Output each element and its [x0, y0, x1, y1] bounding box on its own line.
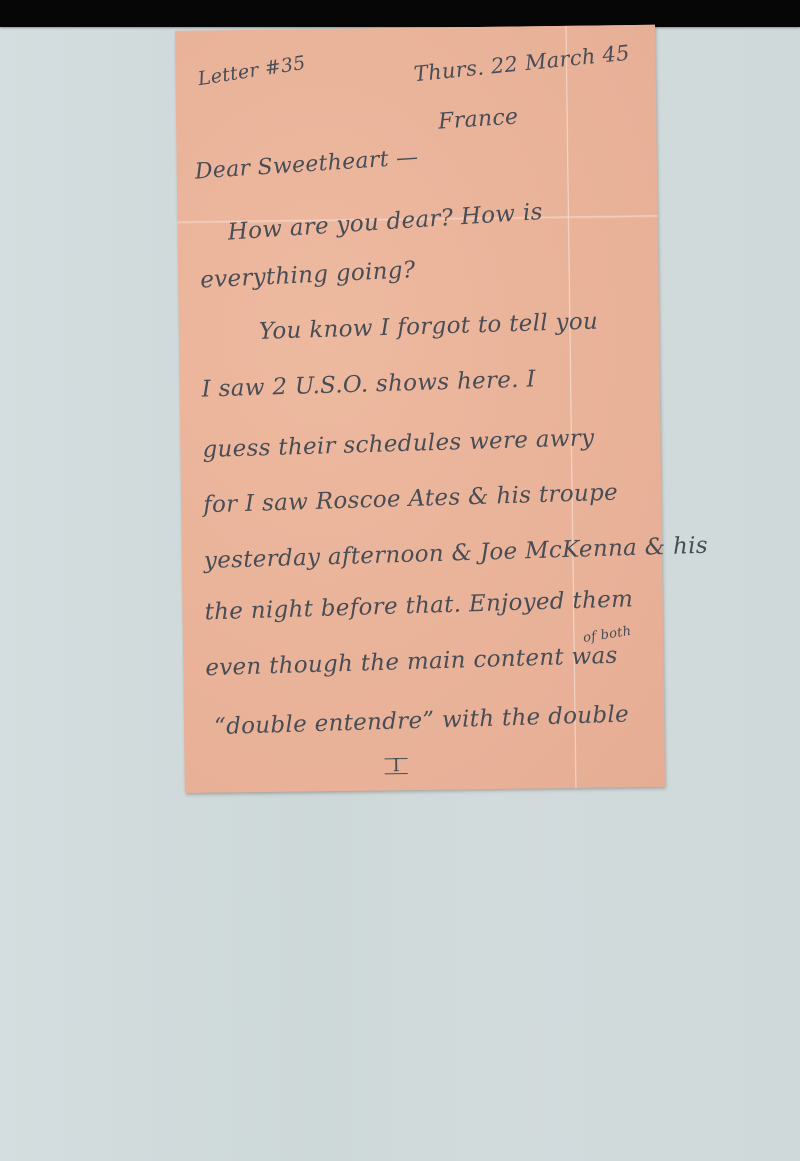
salutation: Dear Sweetheart — [194, 147, 419, 184]
letter-date: Thurs. 22 March 45 [413, 43, 631, 86]
page-number: I [385, 758, 409, 774]
body-line: guess their schedules were awry [202, 427, 595, 462]
body-line: even though the main content was [205, 645, 618, 681]
body-line: the night before that. Enjoyed them [204, 588, 633, 624]
body-line: everything going? [200, 259, 416, 292]
letter-number: Letter #35 [197, 54, 307, 89]
letter-page: Letter #35 Thurs. 22 March 45 France Dea… [175, 25, 665, 793]
body-line: How are you dear? How is [227, 201, 543, 245]
scanner-lid-bar [0, 0, 800, 27]
body-line: You know I forgot to tell you [259, 311, 599, 344]
letter-place: France [438, 106, 519, 133]
body-line: I saw 2 U.S.O. shows here. I [201, 368, 536, 401]
body-line: for I saw Roscoe Ates & his troupe [203, 482, 618, 518]
body-line: “double entendre” with the double [214, 704, 630, 740]
body-line: yesterday afternoon & Joe McKenna & his [204, 535, 709, 573]
